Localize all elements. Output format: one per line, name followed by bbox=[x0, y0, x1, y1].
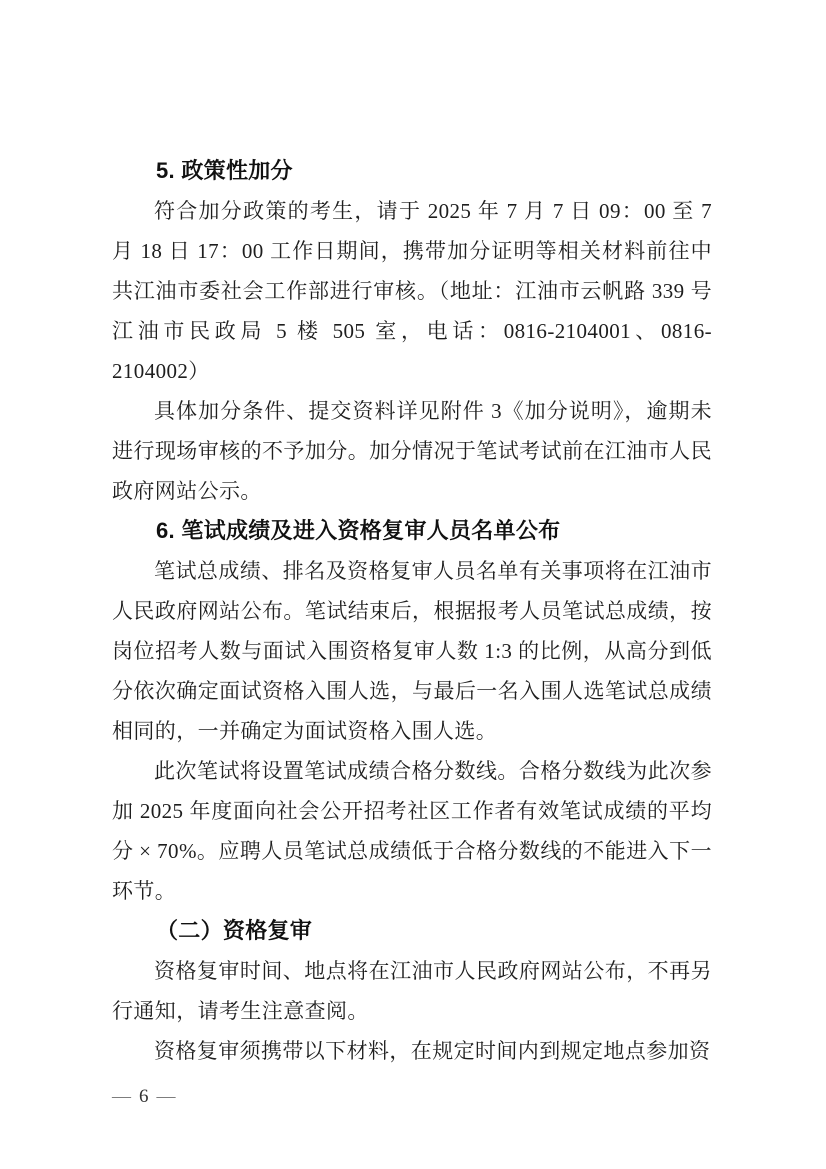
heading-qualification-review: （二）资格复审 bbox=[112, 911, 712, 951]
paragraph-review-time-place: 资格复审时间、地点将在江油市人民政府网站公布，不再另行通知，请考生注意查阅。 bbox=[112, 951, 712, 1031]
paragraph-bonus-review-instructions: 符合加分政策的考生，请于 2025 年 7 月 7 日 09：00 至 7 月 … bbox=[112, 191, 712, 391]
paragraph-results-publication: 笔试总成绩、排名及资格复审人员名单有关事项将在江油市人民政府网站公布。笔试结束后… bbox=[112, 551, 712, 751]
page-number-dash-right: — bbox=[157, 1086, 176, 1107]
paragraph-passing-score-line: 此次笔试将设置笔试成绩合格分数线。合格分数线为此次参加 2025 年度面向社会公… bbox=[112, 751, 712, 911]
paragraph-review-materials: 资格复审须携带以下材料，在规定时间内到规定地点参加资 bbox=[112, 1031, 712, 1071]
document-page: 5. 政策性加分 符合加分政策的考生，请于 2025 年 7 月 7 日 09：… bbox=[0, 0, 826, 1169]
paragraph-bonus-conditions: 具体加分条件、提交资料详见附件 3《加分说明》，逾期未进行现场审核的不予加分。加… bbox=[112, 391, 712, 511]
page-number-value: 6 bbox=[139, 1086, 149, 1107]
heading-policy-bonus: 5. 政策性加分 bbox=[112, 151, 712, 191]
page-number: —6— bbox=[112, 1085, 176, 1109]
heading-written-test-results: 6. 笔试成绩及进入资格复审人员名单公布 bbox=[112, 511, 712, 551]
document-body: 5. 政策性加分 符合加分政策的考生，请于 2025 年 7 月 7 日 09：… bbox=[112, 151, 712, 1071]
page-number-dash-left: — bbox=[112, 1086, 131, 1107]
